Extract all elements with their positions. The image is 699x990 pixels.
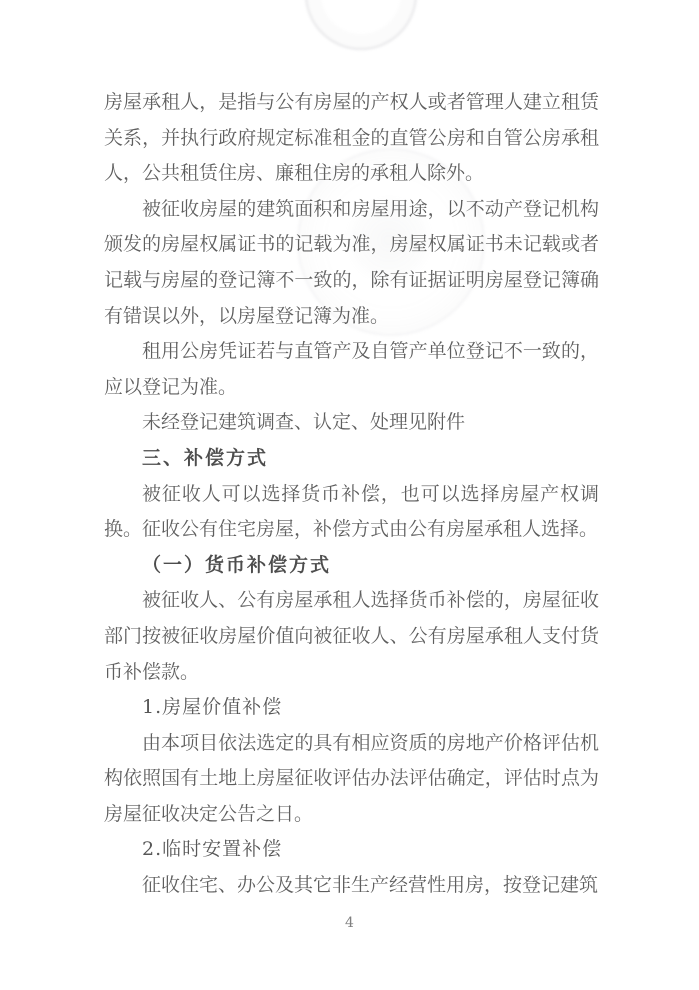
seal-ghost-top-icon (305, 0, 417, 50)
section-heading: （一）货币补偿方式 (104, 548, 599, 584)
document-body: 房屋承租人，是指与公有房屋的产权人或者管理人建立租赁关系，并执行政府规定标准租金… (104, 85, 599, 904)
paragraph: 房屋承租人，是指与公有房屋的产权人或者管理人建立租赁关系，并执行政府规定标准租金… (104, 85, 599, 192)
paragraph: 未经登记建筑调查、认定、处理见附件 (104, 405, 599, 441)
section-heading: 2.临时安置补偿 (104, 832, 599, 868)
paragraph: 被征收人可以选择货币补偿，也可以选择房屋产权调换。征收公有住宅房屋，补偿方式由公… (104, 477, 599, 548)
section-heading: 1.房屋价值补偿 (104, 690, 599, 726)
paragraph: 被征收房屋的建筑面积和房屋用途，以不动产登记机构颁发的房屋权属证书的记载为准，房… (104, 192, 599, 334)
page-number: 4 (0, 915, 699, 931)
section-heading: 三、补偿方式 (104, 441, 599, 477)
paragraph: 由本项目依法选定的具有相应资质的房地产价格评估机构依照国有土地上房屋征收评估办法… (104, 726, 599, 833)
document-page: 房屋承租人，是指与公有房屋的产权人或者管理人建立租赁关系，并执行政府规定标准租金… (0, 0, 699, 990)
paragraph: 被征收人、公有房屋承租人选择货币补偿的，房屋征收部门按被征收房屋价值向被征收人、… (104, 583, 599, 690)
paragraph: 征收住宅、办公及其它非生产经营性用房，按登记建筑 (104, 868, 599, 904)
paragraph: 租用公房凭证若与直管产及自管产单位登记不一致的，应以登记为准。 (104, 334, 599, 405)
